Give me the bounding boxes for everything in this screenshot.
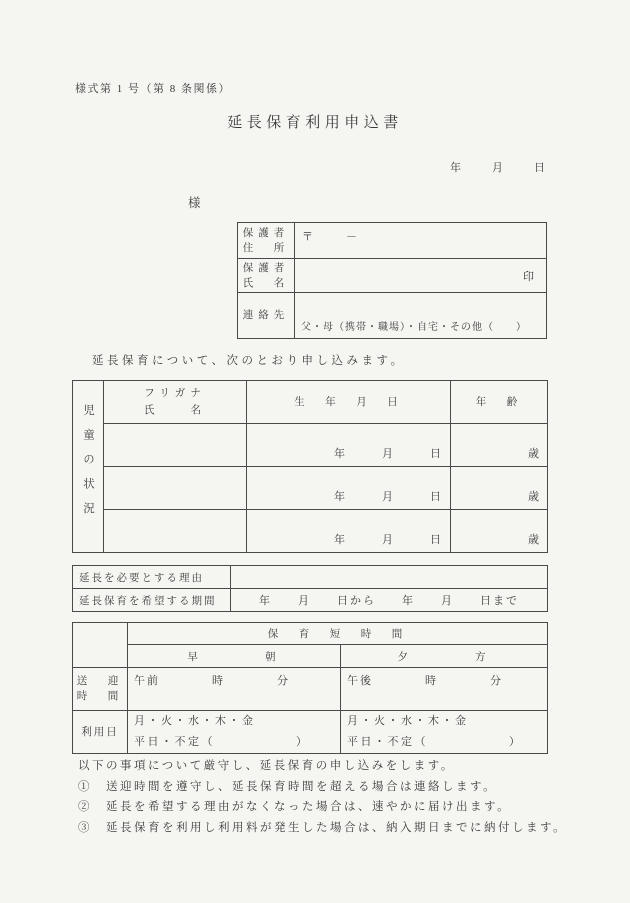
birthdate-header: 生 年 月 日	[247, 381, 451, 424]
pickup-time-label: 送 迎 時 間	[73, 668, 128, 711]
evening-header: 夕 方	[341, 645, 548, 668]
table-row: 年 月 日 歳	[73, 424, 548, 467]
extension-request-table: 延長を必要とする理由 延長保育を希望する期間 年 月 日から 年 月 日まで	[72, 565, 548, 612]
note-item-1: ① 送迎時間を遵守し、延長保育時間を超える場合は連絡します。	[78, 777, 567, 798]
child-birthdate-cell: 年 月 日	[247, 510, 451, 553]
guardian-address-value: 〒 －	[295, 223, 547, 259]
form-page: { "page": { "bg_color": "#f5f5f2", "ink_…	[0, 0, 630, 903]
child-birthdate-cell: 年 月 日	[247, 424, 451, 467]
table-row: 年 月 日 歳	[73, 510, 548, 553]
table-row: 利用日 月・火・水・木・金 平日・不定（ ） 月・火・水・木・金 平日・不定（ …	[73, 711, 548, 754]
usage-days-morning: 月・火・水・木・金 平日・不定（ ）	[128, 711, 341, 754]
date-line: 年 月 日	[450, 159, 548, 175]
children-side-label: 児童の状況	[73, 381, 104, 553]
application-intro: 延長保育について、次のとおり申し込みます。	[92, 352, 406, 368]
children-status-table: 児童の状況 フリガナ 氏 名 生 年 月 日 年 齢 年 月 日 歳 年 月 日…	[72, 380, 548, 553]
pickup-schedule-table: 保 育 短 時 間 早 朝 夕 方 送 迎 時 間 午前 時 分 午後 時 分 …	[72, 622, 548, 754]
seal-mark: 印	[295, 259, 547, 293]
short-hours-header: 保 育 短 時 間	[128, 623, 548, 645]
child-age-cell: 歳	[451, 467, 548, 510]
table-row: 保護者 住 所 〒 －	[238, 223, 547, 259]
table-row: 延長を必要とする理由	[73, 566, 548, 589]
child-age-cell: 歳	[451, 424, 548, 467]
table-row: 児童の状況 フリガナ 氏 名 生 年 月 日 年 齢	[73, 381, 548, 424]
table-row: 保護者 氏 名 印	[238, 259, 547, 293]
note-item-3: ③ 延長保育を利用し利用料が発生した場合は、納入期日までに納付します。	[78, 818, 567, 839]
extension-reason-value	[231, 566, 548, 589]
table-row: 年 月 日 歳	[73, 467, 548, 510]
furigana-name-header: フリガナ 氏 名	[104, 381, 247, 424]
table-row: 送 迎 時 間 午前 時 分 午後 時 分	[73, 668, 548, 711]
contact-value: 父・母（携帯・職場）・自宅・その他（ ）	[295, 293, 547, 339]
usage-days-evening: 月・火・水・木・金 平日・不定（ ）	[341, 711, 548, 754]
form-number: 様式第 1 号（第 8 条関係）	[75, 80, 231, 96]
table-row: 連絡先 父・母（携帯・職場）・自宅・その他（ ）	[238, 293, 547, 339]
child-name-cell	[104, 424, 247, 467]
child-name-cell	[104, 510, 247, 553]
child-birthdate-cell: 年 月 日	[247, 467, 451, 510]
child-name-cell	[104, 467, 247, 510]
table-row: 保 育 短 時 間	[73, 623, 548, 645]
guardian-name-label: 保護者 氏 名	[238, 259, 295, 293]
page-title: 延長保育利用申込書	[0, 111, 630, 132]
extension-reason-label: 延長を必要とする理由	[73, 566, 231, 589]
guardian-info-table: 保護者 住 所 〒 － 保護者 氏 名 印 連絡先 父・母（携帯・職場）・自宅・…	[237, 222, 547, 339]
note-item-2: ② 延長を希望する理由がなくなった場合は、速やかに届け出ます。	[78, 797, 567, 818]
table-row: 延長保育を希望する期間 年 月 日から 年 月 日まで	[73, 589, 548, 612]
desired-period-label: 延長保育を希望する期間	[73, 589, 231, 612]
notes-intro: 以下の事項について厳守し、延長保育の申し込みをします。	[78, 756, 567, 777]
early-morning-header: 早 朝	[128, 645, 341, 668]
child-age-cell: 歳	[451, 510, 548, 553]
contact-label: 連絡先	[238, 293, 295, 339]
table-row: 早 朝 夕 方	[73, 645, 548, 668]
schedule-corner-cell	[73, 623, 128, 668]
guardian-address-label: 保護者 住 所	[238, 223, 295, 259]
notes-block: 以下の事項について厳守し、延長保育の申し込みをします。 ① 送迎時間を遵守し、延…	[78, 756, 567, 838]
age-header: 年 齢	[451, 381, 548, 424]
pickup-time-morning: 午前 時 分	[128, 668, 341, 711]
pickup-time-evening: 午後 時 分	[341, 668, 548, 711]
desired-period-value: 年 月 日から 年 月 日まで	[231, 589, 548, 612]
addressee-label: 様	[188, 193, 201, 211]
usage-days-label: 利用日	[73, 711, 128, 754]
